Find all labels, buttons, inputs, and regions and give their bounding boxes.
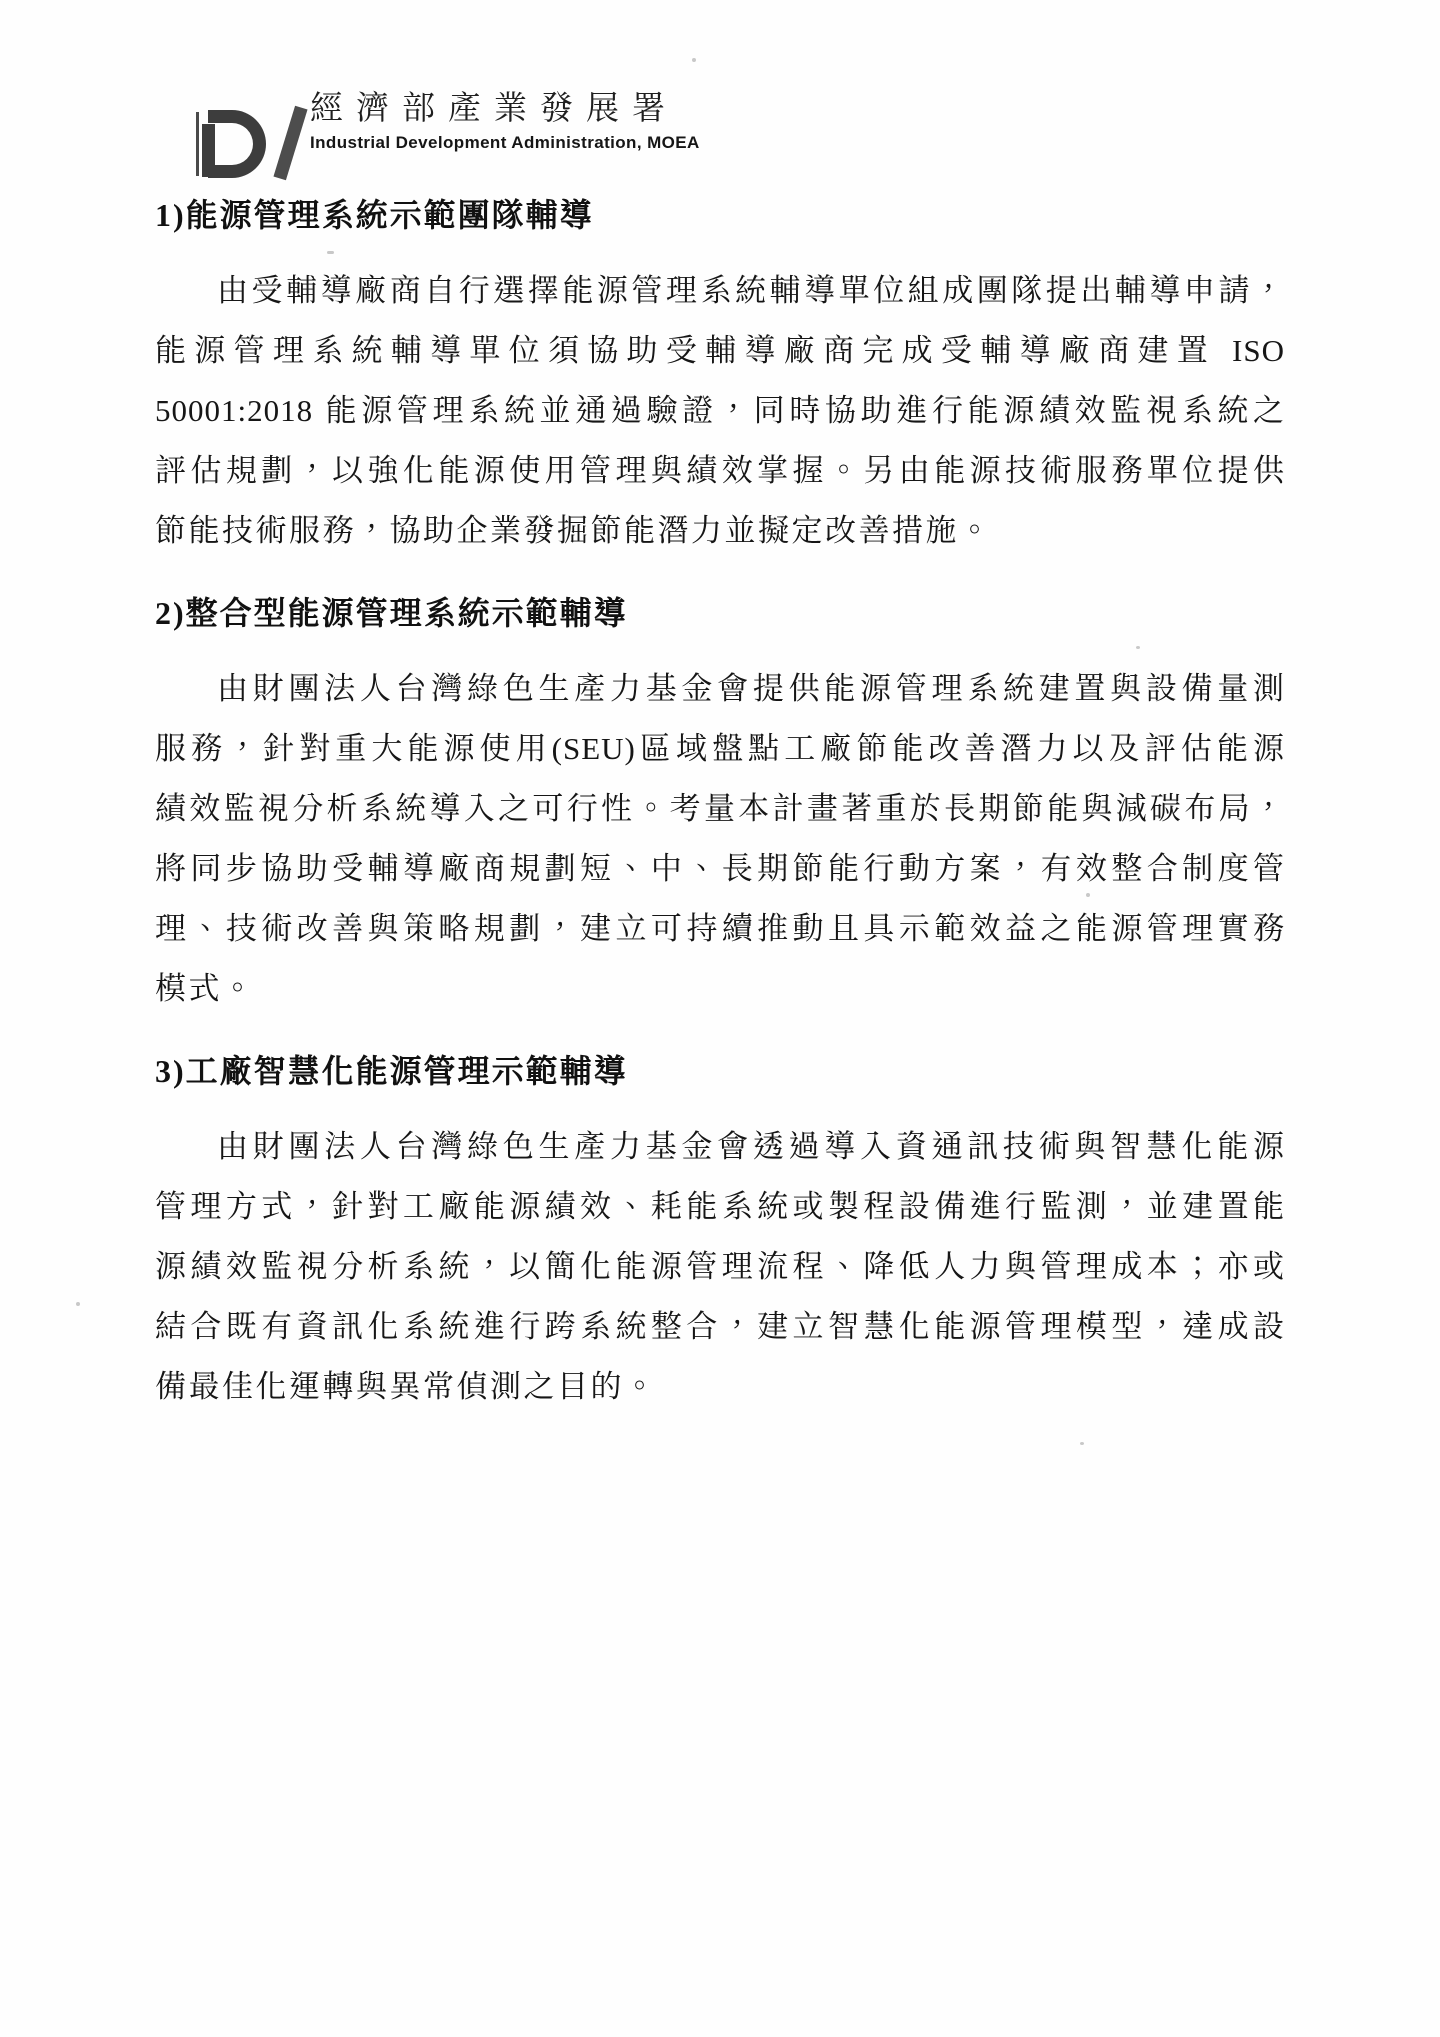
document-body: 1)能源管理系統示範團隊輔導 由受輔導廠商自行選擇能源管理系統輔導單位組成團隊提… bbox=[155, 193, 1285, 1447]
paragraph-line: 服務，針對重大能源使用(SEU)區域盤點工廠節能改善潛力以及評估能源 bbox=[155, 719, 1285, 779]
paragraph-line: 50001:2018 能源管理系統並通過驗證，同時協助進行能源績效監視系統之 bbox=[155, 381, 1285, 441]
paragraph-line: 源績效監視分析系統，以簡化能源管理流程、降低人力與管理成本；亦或 bbox=[155, 1237, 1285, 1297]
paragraph-line: 將同步協助受輔導廠商規劃短、中、長期節能行動方案，有效整合制度管 bbox=[155, 839, 1285, 899]
scanned-document-page: 經濟部產業發展署 Industrial Development Administ… bbox=[0, 0, 1440, 2037]
paragraph-line: 結合既有資訊化系統進行跨系統整合，建立智慧化能源管理模型，達成設 bbox=[155, 1297, 1285, 1357]
paragraph-line: 由財團法人台灣綠色生產力基金會提供能源管理系統建置與設備量測 bbox=[155, 659, 1285, 719]
paragraph-line: 由受輔導廠商自行選擇能源管理系統輔導單位組成團隊提出輔導申請， bbox=[155, 261, 1285, 321]
agency-name-block: 經濟部產業發展署 Industrial Development Administ… bbox=[310, 82, 700, 153]
paragraph-line: 模式。 bbox=[155, 959, 1285, 1019]
paragraph-line: 理、技術改善與策略規劃，建立可持續推動且具示範效益之能源管理實務 bbox=[155, 899, 1285, 959]
section-1: 1)能源管理系統示範團隊輔導 由受輔導廠商自行選擇能源管理系統輔導單位組成團隊提… bbox=[155, 193, 1285, 561]
scan-speck bbox=[1136, 646, 1140, 649]
section-2: 2)整合型能源管理系統示範輔導 由財團法人台灣綠色生產力基金會提供能源管理系統建… bbox=[155, 591, 1285, 1019]
section-3: 3)工廠智慧化能源管理示範輔導 由財團法人台灣綠色生產力基金會透過導入資通訊技術… bbox=[155, 1049, 1285, 1417]
logo-thin-line bbox=[196, 112, 199, 176]
scan-speck bbox=[327, 251, 334, 254]
paragraph-line: 績效監視分析系統導入之可行性。考量本計畫著重於長期節能與減碳布局， bbox=[155, 779, 1285, 839]
section-1-heading: 1)能源管理系統示範團隊輔導 bbox=[155, 193, 1285, 237]
document-header: 經濟部產業發展署 Industrial Development Administ… bbox=[150, 82, 700, 182]
paragraph-line: 備最佳化運轉與異常偵測之目的。 bbox=[155, 1357, 1285, 1417]
agency-name-zh: 經濟部產業發展署 bbox=[310, 90, 700, 126]
logo-d-bowl bbox=[208, 110, 266, 178]
paragraph-line: 由財團法人台灣綠色生產力基金會透過導入資通訊技術與智慧化能源 bbox=[155, 1117, 1285, 1177]
paragraph-line: 管理方式，針對工廠能源績效、耗能系統或製程設備進行監測，並建置能 bbox=[155, 1177, 1285, 1237]
ida-logo-icon bbox=[150, 82, 310, 182]
paragraph-line: 節能技術服務，協助企業發掘節能潛力並擬定改善措施。 bbox=[155, 501, 1285, 561]
scan-speck bbox=[692, 58, 696, 62]
scan-speck bbox=[1080, 1442, 1084, 1445]
section-2-heading: 2)整合型能源管理系統示範輔導 bbox=[155, 591, 1285, 635]
paragraph-line: 評估規劃，以強化能源使用管理與績效掌握。另由能源技術服務單位提供 bbox=[155, 441, 1285, 501]
scan-speck bbox=[1086, 893, 1090, 897]
agency-name-en: Industrial Development Administration, M… bbox=[310, 133, 700, 153]
paragraph-line: 能源管理系統輔導單位須協助受輔導廠商完成受輔導廠商建置 ISO bbox=[155, 321, 1285, 381]
scan-speck bbox=[76, 1302, 80, 1306]
logo-backslash bbox=[273, 106, 307, 181]
section-3-heading: 3)工廠智慧化能源管理示範輔導 bbox=[155, 1049, 1285, 1093]
